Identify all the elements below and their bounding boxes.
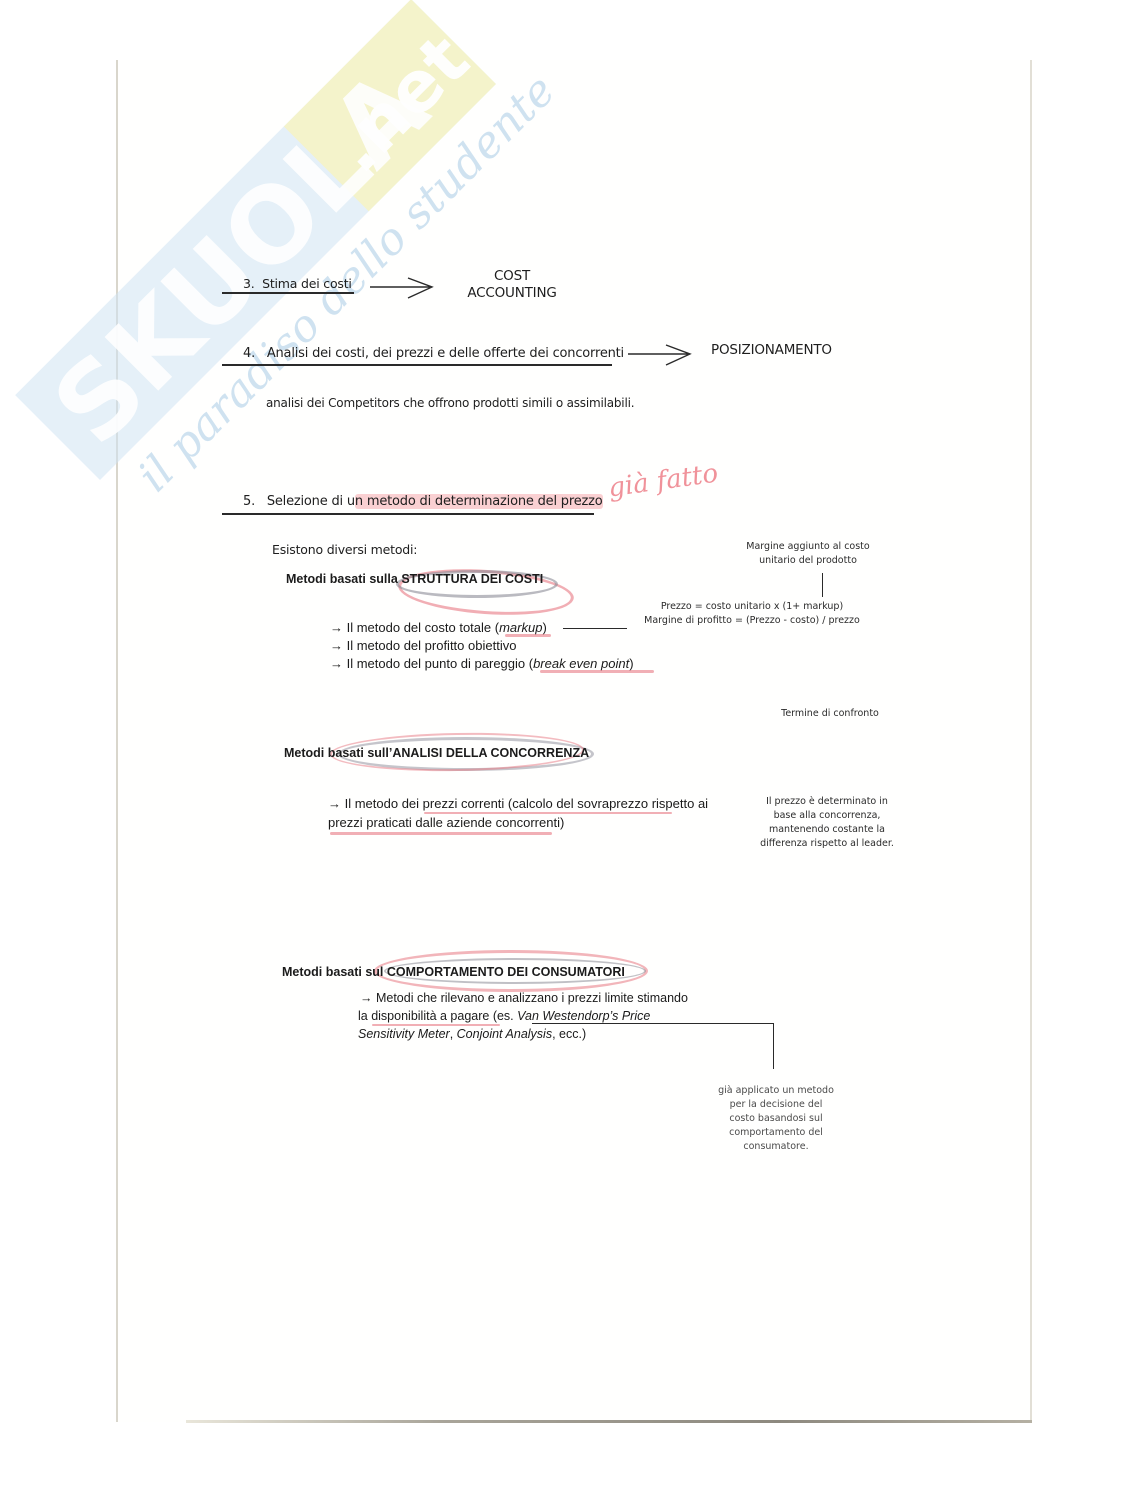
- side-note-line: mantenendo costante la: [752, 823, 902, 837]
- section-4-number: 4.: [243, 346, 255, 361]
- bracket-connector-horizontal: [532, 1023, 774, 1024]
- arrow-right-icon: [626, 343, 692, 367]
- side-note-line: per la decisione del: [696, 1098, 856, 1112]
- item-text: → Il metodo del punto di pareggio (: [330, 656, 533, 671]
- section-4-heading: 4. Analisi dei costi, dei prezzi e delle…: [243, 346, 624, 361]
- bracket-connector-vertical: [773, 1023, 774, 1069]
- side-note-line: comportamento del: [696, 1126, 856, 1140]
- group-2-item-1-line-2: prezzi praticati dalle aziende concorren…: [328, 815, 564, 830]
- section-5-title-pre: Selezione di u: [267, 494, 355, 509]
- methods-intro: Esistono diversi metodi:: [272, 542, 417, 557]
- group-3-item-line-3: Sensitivity Meter, Conjoint Analysis, ec…: [358, 1027, 586, 1041]
- group-3-heading-key: COMPORTAMENTO DEI CONSUMATORI: [387, 965, 625, 979]
- consumatori-side-note: già applicato un metodo per la decisione…: [696, 1084, 856, 1154]
- comparison-term-label: Termine di confronto: [760, 707, 900, 721]
- group-2-heading-pre: Metodi basati sull’: [284, 746, 392, 760]
- group-3-item-line-1: → Metodi che rilevano e analizzano i pre…: [360, 991, 688, 1005]
- underline-prezzi-praticati: [330, 832, 552, 835]
- item-text: → Il metodo del costo totale (: [330, 620, 499, 635]
- section-4-note: analisi dei Competitors che offrono prod…: [266, 396, 634, 410]
- side-note-line: differenza rispetto al leader.: [752, 837, 902, 851]
- group-1-item-3: → Il metodo del punto di pareggio (break…: [330, 656, 634, 671]
- section-5-underline: [222, 513, 594, 515]
- page-edge-bottom: [186, 1420, 1032, 1423]
- item-italic: Van Westendorp’s Price: [517, 1009, 650, 1023]
- side-note-line: Il prezzo è determinato in: [752, 795, 902, 809]
- cost-accounting-line-2: ACCOUNTING: [460, 285, 564, 302]
- item-underlined: prezzi correnti: [423, 796, 505, 811]
- group-1-heading-pre: Metodi basati sulla: [286, 572, 401, 586]
- side-note-line: unitario del prodotto: [728, 554, 888, 568]
- group-1-item-1: → Il metodo del costo totale (markup): [330, 620, 547, 635]
- underline-disponibilita: [372, 1024, 500, 1026]
- side-note-line: costo basandosi sul: [696, 1112, 856, 1126]
- item-text: ,: [450, 1027, 457, 1041]
- item-italic-bep: break even point: [533, 656, 629, 671]
- group-2-heading: Metodi basati sull’ANALISI DELLA CONCORR…: [284, 746, 589, 760]
- group-1-heading: Metodi basati sulla STRUTTURA DEI COSTI: [286, 572, 543, 586]
- underline-break-even: [540, 670, 654, 673]
- item-underlined: sovraprezzo: [577, 796, 648, 811]
- side-note-line: Margine aggiunto al costo: [728, 540, 888, 554]
- arrow-right-icon: [368, 276, 434, 300]
- section-4-title: Analisi dei costi, dei prezzi e delle of…: [267, 346, 624, 361]
- item-text: (calcolo del: [504, 796, 577, 811]
- group-1-heading-key: STRUTTURA DEI COSTI: [401, 572, 543, 586]
- cost-accounting-line-1: COST: [460, 268, 564, 285]
- item-italic-markup: markup: [499, 620, 542, 635]
- item-text-post: ): [542, 620, 546, 635]
- section-4-underline: [222, 364, 612, 366]
- group-3-heading: Metodi basati sul COMPORTAMENTO DEI CONS…: [282, 965, 625, 979]
- side-note-line: consumatore.: [696, 1140, 856, 1154]
- section-5-number: 5.: [243, 494, 255, 509]
- item-text: , ecc.): [552, 1027, 586, 1041]
- item-text: rispetto ai: [648, 796, 708, 811]
- section-3-heading: 3. Stima dei costi: [243, 276, 352, 291]
- group-3-item-line-2: la disponibilità a pagare (es. Van Weste…: [358, 1009, 650, 1023]
- underline-markup: [505, 634, 551, 637]
- formula-price: Prezzo = costo unitario x (1+ markup): [620, 600, 884, 614]
- item-text: → Il metodo del profitto obiettivo: [330, 638, 516, 653]
- page-edge-left: [116, 60, 118, 1422]
- group-1-item-2: → Il metodo del profitto obiettivo: [330, 638, 516, 653]
- section-3-underline: [222, 292, 354, 294]
- group-3-heading-pre: Metodi basati sul: [282, 965, 387, 979]
- connector-line: [563, 628, 627, 629]
- group-2-item-1-line-1: → Il metodo dei prezzi correnti (calcolo…: [328, 796, 708, 811]
- markup-side-note: Margine aggiunto al costo unitario del p…: [728, 540, 888, 568]
- section-5-heading: 5. Selezione di un metodo di determinazi…: [243, 494, 603, 509]
- side-note-line: base alla concorrenza,: [752, 809, 902, 823]
- formula-margin: Margine di profitto = (Prezzo - costo) /…: [620, 614, 884, 628]
- item-text: la disponibilità a pagare (es.: [358, 1009, 517, 1023]
- concorrenza-side-note: Il prezzo è determinato in base alla con…: [752, 795, 902, 851]
- cost-accounting-label: COST ACCOUNTING: [460, 268, 564, 302]
- document-page: [116, 60, 1032, 1422]
- group-2-heading-key: ANALISI DELLA CONCORRENZA: [392, 746, 589, 760]
- side-note-connector: [822, 573, 823, 597]
- section-3-number: 3.: [243, 276, 255, 291]
- section-3-title: Stima dei costi: [262, 276, 352, 291]
- item-text-post: ): [629, 656, 633, 671]
- underline-prezzi-correnti: [424, 812, 672, 814]
- item-italic: Conjoint Analysis: [457, 1027, 552, 1041]
- posizionamento-label: POSIZIONAMENTO: [711, 342, 832, 358]
- side-note-line: già applicato un metodo: [696, 1084, 856, 1098]
- item-text: → Il metodo dei: [328, 796, 423, 811]
- section-5-title-highlight: n metodo di determinazione del prezzo: [355, 494, 603, 509]
- page-edge-right: [1030, 60, 1032, 1422]
- item-italic: Sensitivity Meter: [358, 1027, 450, 1041]
- formulas: Prezzo = costo unitario x (1+ markup) Ma…: [620, 600, 884, 628]
